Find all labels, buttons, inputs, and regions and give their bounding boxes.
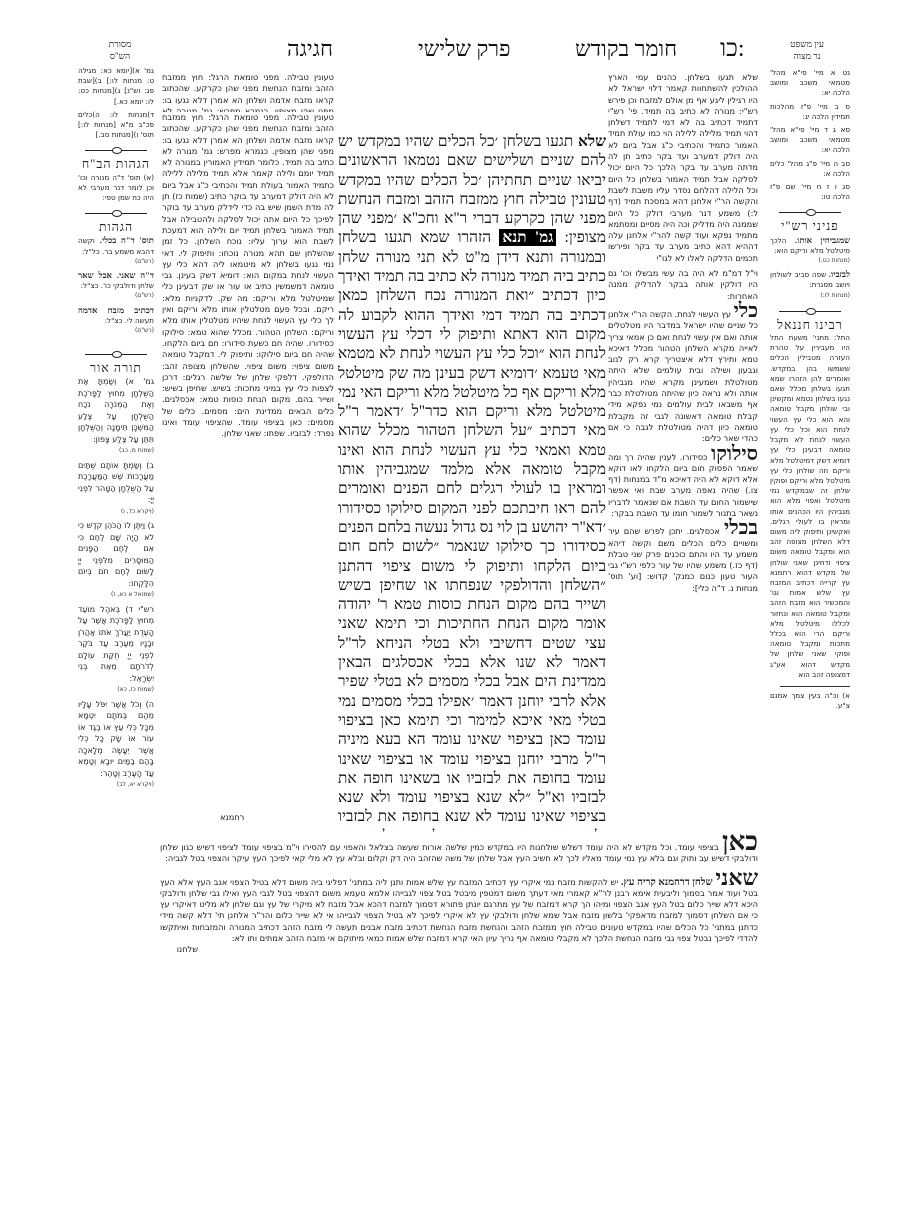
haggahot-dh: תוס' ד"ה בכלי. <box>100 235 154 245</box>
tosafot-dibbur-hamatchil: סילוקו <box>711 443 758 465</box>
chapter-name: חומר בקודש <box>575 36 677 62</box>
haggahot-dh: דכתיב מזבח אדמה <box>78 305 154 315</box>
tosafot-text: עץ העשוי לנחת. הקשה הר"י אלחנן כל שניים … <box>608 309 758 443</box>
ornament-divider-icon <box>779 307 841 316</box>
haggahot-text: שלחן ודולבקי כו'. כצ"ל: <box>81 281 154 290</box>
haggahot-source: (רש"ם) <box>78 257 154 267</box>
rabbeinu-chananel-text: התל: מתני' משעת התל היו מעבירין על טהרת … <box>770 333 850 680</box>
tosafot-entry-bichli: בכלי אכסלגים. יתכן לפרש שהם עיר ומשויים … <box>608 523 758 594</box>
ein-mishpat-label: עין משפט נר מצוה <box>782 38 832 62</box>
pnei-rashi-dh: לבזביו. <box>829 269 850 279</box>
haggahot-entry: ד"ה שאני. אבל שאר שלחן ודולבקי כו'. כצ"ל… <box>78 270 154 302</box>
tosafot-bottom: כאן בציפוי עומד. וכל מקדש לא היה עומד דש… <box>160 832 758 956</box>
tractate-title: חגיגה <box>287 36 333 62</box>
torah-or-verse: ג) וַיִּתֶּן לוֹ הַכֹּהֵן קֹדֶשׁ כִּי לֹ… <box>78 521 154 588</box>
rashi-text-continued: טעונין טבילה. מפני טומאת הרגל: חוץ ממזבח… <box>162 112 334 438</box>
ein-mishpat-entry: סג ו ז ח מיי' שם פ"ז הלכה טו: <box>770 182 850 202</box>
footnote: א) וכ"ה בעין צמך אמנם צ"ע. <box>770 691 850 711</box>
chapter-number: פרק שלישי <box>418 36 511 62</box>
tosafot-text: בציפוי עומד. וכל מקדש לא היה עומד דשלש ש… <box>160 842 758 863</box>
torah-or-entry: ה) וְכֹל אֲשֶׁר יִפֹּל עָלָיו מֵהֶם בְּמ… <box>78 699 154 791</box>
torah-or-verse: רש"י ד) בְּאֹהֶל מוֹעֵד מִחוּץ לַפָּרֹכֶ… <box>78 605 154 683</box>
tosafot-dibbur-hamatchil: כלי <box>734 300 758 322</box>
haggahot-source: (רש"ם) <box>78 326 154 336</box>
masoret-entry: גמ' א)[יומא כא: מגילה ט: מנחות לו:] ב)[ש… <box>78 66 154 107</box>
rashi-text: טעונין טבילה. מפני טומאת הרגל: חוץ ממזבח… <box>162 72 334 112</box>
tosafot-column: שלא תגעו בשלחן. כהנים עמי הארץ ההולכין ל… <box>608 72 758 832</box>
rabbeinu-chananel-title: רבינו חננאל <box>770 320 850 330</box>
gemara-text: שלא תגעו בשלחן ׳כל הכלים שהיו במקדש יש ל… <box>338 132 606 832</box>
masoret-entry: ד)מנחות לו: ה)כלים פכ"ב מ"א [מנחות לו:] … <box>78 110 154 141</box>
bach-text: (א) תוס' ד"ה מנורה וכו' וכן לומר דנר מער… <box>78 173 154 204</box>
tosafot-entry-top: שלא תגעו בשלחן. כהנים עמי הארץ ההולכין ל… <box>608 72 758 264</box>
tosafot-dibbur-hamatchil: כאן <box>722 827 758 856</box>
ornament-divider-icon <box>779 208 841 217</box>
ein-mishpat-entry: ס ב מיי' פ"ז מהלכות תמידין הלכה יג: <box>770 102 850 122</box>
gemara-body: הזהרו שמא תגעו בשלחן ובמנורה ותנא דידן מ… <box>338 229 606 832</box>
page-number: כו: <box>720 36 745 63</box>
pnei-rashi-entry: לבזביו. שפה סביב לשולחן ויושב מסגרת: (מנ… <box>770 269 850 301</box>
pnei-rashi-title: פניני רש"י <box>770 221 850 231</box>
ein-mishpat-entry: סא ג ד מיי' פי"א מהל' מטמאי משכב ומושב ה… <box>770 125 850 156</box>
tosafot-entry-kan: כאן בציפוי עומד. וכל מקדש לא היה עומד דש… <box>160 832 758 865</box>
haggahot-text: תעשה לי. כצ"ל: <box>105 316 154 325</box>
rashi-closing-word: רחמנא <box>220 812 244 823</box>
right-margin: נט א מיי' פי"א מהל' מטמאי משכב ומושב הלכ… <box>770 68 850 928</box>
tosafot-text: שלא תגעו בשלחן. כהנים עמי הארץ ההולכין ל… <box>608 72 758 263</box>
footnote-rule <box>780 686 850 687</box>
masoret-hashas-label: מסורת הש"ס <box>95 38 145 62</box>
ein-mishpat-label-line2: נר מצוה <box>782 50 832 62</box>
tosafot-bold-lemma: שלחן דרחמנא קריה עץ. <box>621 877 713 888</box>
gemara-opening-word: שלא <box>578 133 606 150</box>
tosafot-dibbur-hamatchil: שאני <box>715 865 758 890</box>
ornament-divider-icon <box>85 350 147 359</box>
rashi-column: טעונין טבילה. מפני טומאת הרגל: חוץ ממזבח… <box>162 112 334 812</box>
haggahot-entry: דכתיב מזבח אדמה תעשה לי. כצ"ל: (רש"ם) <box>78 305 154 337</box>
torah-or-verse: ב) וְשַׂמְתָּ אוֹתָם שְׁתַּיִם מַעֲרָכוֹ… <box>78 461 154 505</box>
torah-or-entry: ב) וְשַׂמְתָּ אוֹתָם שְׁתַּיִם מַעֲרָכוֹ… <box>78 460 154 518</box>
haggahot-entry: תוס' ד"ה בכלי. וקשה דהבא משמע בר. כל"ל: … <box>78 235 154 267</box>
gemara-paragraph: שלא תגעו בשלחן ׳כל הכלים שהיו במקדש יש ל… <box>338 132 606 832</box>
torah-or-verse: גמ' א) וְשַׂמְתָּ אֶת הַשֻּׁלְחָן מִחוּץ… <box>78 377 154 444</box>
haggahot-source: (רש"ם) <box>78 291 154 301</box>
torah-or-source: (שמואל א כא, ז) <box>78 589 154 601</box>
masoret-label-line1: מסורת <box>95 38 145 50</box>
pnei-rashi-entry: שמגביהין אותו. הלכך מיטלטל מלא וריקם הוא… <box>770 235 850 267</box>
haggahot-title: הגהות <box>78 222 154 232</box>
torah-or-source: (שמות מ, כב) <box>78 445 154 457</box>
torah-or-title: תורה אור <box>78 363 154 373</box>
torah-or-source: (ויקרא כד, ו) <box>78 506 154 518</box>
ornament-divider-icon <box>85 146 147 155</box>
tosafot-entry-kli: כלי עץ העשוי לנחת. הקשה הר"י אלחנן כל שנ… <box>608 306 758 445</box>
pnei-rashi-dh: שמגביהין אותו. <box>795 235 850 245</box>
ein-mishpat-entry: נט א מיי' פי"א מהל' מטמאי משכב ומושב הלכ… <box>770 68 850 99</box>
torah-or-verse: ה) וְכֹל אֲשֶׁר יִפֹּל עָלָיו מֵהֶם בְּמ… <box>78 700 154 778</box>
torah-or-entry: ג) וַיִּתֶּן לוֹ הַכֹּהֵן קֹדֶשׁ כִּי לֹ… <box>78 520 154 601</box>
tosafot-entry-siluko: סילוקו כסידורו. לענין שהיה רך ומה שאמר ה… <box>608 449 758 520</box>
tosafot-text: וי"ל דמ"מ לא היה בה עשי מבשלו וכו' גם הי… <box>608 268 758 301</box>
tosafot-entry-mid: וי"ל דמ"מ לא היה בה עשי מבשלו וכו' גם הי… <box>608 268 758 302</box>
tosafot-entry-shani: שאני שלחן דרחמנא קריה עץ. יש להקשות מזבח… <box>160 869 758 945</box>
pnei-rashi-source: (מנחות כט.) <box>770 256 850 266</box>
tosafot-closing-word: שלחנו <box>160 944 758 955</box>
haggahot-dh: ד"ה שאני. אבל שאר <box>78 270 154 280</box>
torah-or-entry: גמ' א) וְשַׂמְתָּ אֶת הַשֻּׁלְחָן מִחוּץ… <box>78 376 154 457</box>
torah-or-source: (שמות כז, כא) <box>78 684 154 696</box>
torah-or-source: (ויקרא יא, לב) <box>78 779 154 791</box>
pnei-rashi-source: (מנחות לו:) <box>770 291 850 301</box>
masoret-label-line2: הש"ס <box>95 50 145 62</box>
left-margin: גמ' א)[יומא כא: מגילה ט: מנחות לו:] ב)[ש… <box>78 66 154 846</box>
torah-or-entry: רש"י ד) בְּאֹהֶל מוֹעֵד מִחוּץ לַפָּרֹכֶ… <box>78 604 154 696</box>
bach-title: הגהות הב"ח <box>78 159 154 169</box>
rashi-top-block: טעונין טבילה. מפני טומאת הרגל: חוץ ממזבח… <box>162 72 334 112</box>
tosafot-dibbur-hamatchil: בכלי <box>724 517 758 539</box>
gemara-marker-box: גמ' תנא <box>499 229 556 246</box>
ein-mishpat-label-line1: עין משפט <box>782 38 832 50</box>
ein-mishpat-entry: סב ה מיי' פ"ג מהל' כלים הלכה א: <box>770 159 850 179</box>
ornament-divider-icon <box>85 209 147 218</box>
